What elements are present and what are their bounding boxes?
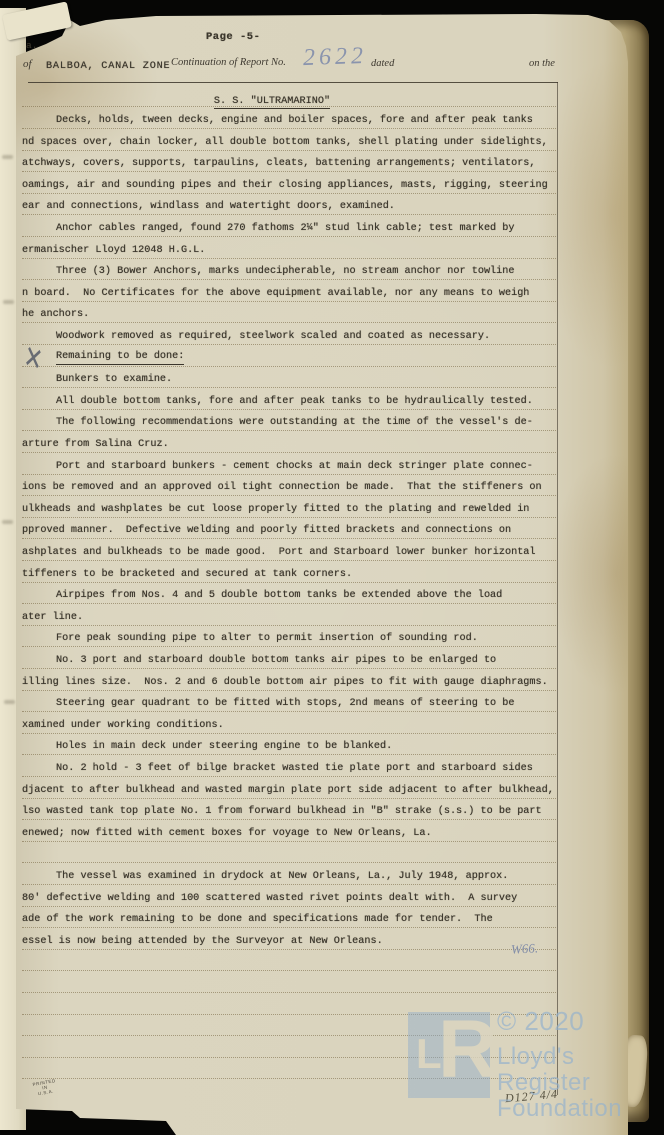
- typed-text: [22, 978, 28, 991]
- page-number: Page -5-: [206, 31, 260, 43]
- typed-text: Remaining to be done:: [56, 350, 184, 365]
- blank-ruled-line: [22, 970, 556, 993]
- typed-line: All double bottom tanks, fore and after …: [22, 387, 556, 410]
- typed-text: he anchors.: [22, 308, 89, 321]
- typed-text: enewed; now fitted with cement boxes for…: [22, 827, 432, 840]
- typed-line: Woodwork removed as required, steelwork …: [22, 322, 556, 345]
- typed-text: [22, 956, 28, 969]
- typed-line: ashplates and bulkheads to be made good.…: [22, 538, 556, 561]
- handwritten-initials: W66.: [511, 940, 539, 957]
- typed-line: illing lines size. Nos. 2 and 6 double b…: [22, 668, 556, 691]
- blank-ruled-line: [22, 949, 556, 972]
- typed-line: The following recommendations were outst…: [22, 409, 556, 432]
- typed-line: Remaining to be done:: [22, 344, 556, 367]
- typed-line: Holes in main deck under steering engine…: [22, 733, 556, 756]
- typed-line: he anchors.: [22, 301, 556, 324]
- typed-line: djacent to after bulkhead and wasted mar…: [22, 776, 556, 799]
- typed-line: ade of the work remaining to be done and…: [22, 906, 556, 929]
- typed-text: djacent to after bulkhead and wasted mar…: [22, 784, 554, 797]
- typed-line: xamined under working conditions.: [22, 711, 556, 734]
- vessel-title-row: S. S. "ULTRAMARINO": [22, 90, 522, 108]
- typed-line: Port and starboard bunkers - cement choc…: [22, 452, 556, 475]
- typed-line: lso wasted tank top plate No. 1 from for…: [22, 798, 556, 821]
- typed-text: Airpipes from Nos. 4 and 5 double bottom…: [56, 589, 502, 602]
- typed-text: nd spaces over, chain locker, all double…: [22, 136, 548, 149]
- dated-label: dated: [371, 58, 394, 69]
- typed-line: Fore peak sounding pipe to alter to perm…: [22, 625, 556, 648]
- typed-text: Bunkers to examine.: [56, 373, 172, 386]
- typed-line: Decks, holds, tween decks, engine and bo…: [22, 106, 556, 129]
- typed-text: atchways, covers, supports, tarpaulins, …: [22, 157, 536, 170]
- typed-text: [22, 848, 28, 861]
- typed-text: Fore peak sounding pipe to alter to perm…: [56, 632, 478, 645]
- typed-line: Airpipes from Nos. 4 and 5 double bottom…: [22, 582, 556, 605]
- typed-text: tiffeners to be bracketed and secured at…: [22, 568, 352, 581]
- typed-line: Bunkers to examine.: [22, 366, 556, 389]
- typed-line: essel is now being attended by the Surve…: [22, 927, 556, 950]
- typed-text: arture from Salina Cruz.: [22, 438, 169, 451]
- typed-line: atchways, covers, supports, tarpaulins, …: [22, 150, 556, 173]
- typed-line: ater line.: [22, 603, 556, 626]
- typed-text: Three (3) Bower Anchors, marks undeciphe…: [56, 265, 515, 278]
- typed-line: ermanischer Lloyd 12048 H.G.L.: [22, 236, 556, 259]
- watermark-owner-line1: Lloyd's Register: [497, 1044, 664, 1096]
- printer-stamp: PRINTED IN U.S.A.: [27, 1077, 63, 1098]
- typed-text: No. 2 hold - 3 feet of bilge bracket was…: [56, 762, 533, 775]
- typed-text: ulkheads and washplates be cut loose pro…: [22, 503, 529, 516]
- typed-line: pproved manner. Defective welding and po…: [22, 517, 556, 540]
- typed-text: Holes in main deck under steering engine…: [56, 740, 392, 753]
- typed-line: ear and connections, windlass and watert…: [22, 193, 556, 216]
- typed-text: All double bottom tanks, fore and after …: [56, 395, 533, 408]
- typed-line: Steering gear quadrant to be fitted with…: [22, 690, 556, 713]
- typed-text: [22, 1021, 28, 1034]
- typed-text: n board. No Certificates for the above e…: [22, 287, 529, 300]
- typed-text: The vessel was examined in drydock at Ne…: [56, 870, 508, 883]
- logo-letter-r: R: [438, 1006, 497, 1094]
- margin-fragment: a.: [26, 40, 37, 51]
- scanned-report-page: a. of Page -5- BALBOA, CANAL ZONE Contin…: [0, 0, 664, 1135]
- handwritten-report-number: 2622: [303, 43, 368, 72]
- right-margin-rule: [557, 82, 558, 1095]
- typed-text: illing lines size. Nos. 2 and 6 double b…: [22, 676, 548, 689]
- continuation-label: Continuation of Report No.: [171, 57, 286, 68]
- typed-line: arture from Salina Cruz.: [22, 430, 556, 453]
- lloyds-register-logo: L R: [408, 1012, 490, 1098]
- typed-line: nd spaces over, chain locker, all double…: [22, 128, 556, 151]
- location-line: BALBOA, CANAL ZONE: [46, 61, 170, 72]
- typed-text: Steering gear quadrant to be fitted with…: [56, 697, 515, 710]
- typed-line: tiffeners to be bracketed and secured at…: [22, 560, 556, 583]
- typed-line: n board. No Certificates for the above e…: [22, 279, 556, 302]
- typed-text: ermanischer Lloyd 12048 H.G.L.: [22, 244, 205, 257]
- typed-line: Three (3) Bower Anchors, marks undeciphe…: [22, 258, 556, 281]
- typed-text: Decks, holds, tween decks, engine and bo…: [56, 114, 533, 127]
- header-rule: [28, 82, 558, 83]
- watermark-copyright: © 2020: [497, 1006, 584, 1037]
- typed-text: ear and connections, windlass and watert…: [22, 200, 395, 213]
- typed-text: No. 3 port and starboard double bottom t…: [56, 654, 496, 667]
- typed-text: ater line.: [22, 611, 83, 624]
- typed-text: essel is now being attended by the Surve…: [22, 935, 383, 948]
- typed-line: oamings, air and sounding pipes and thei…: [22, 171, 556, 194]
- typed-line: ions be removed and an approved oil tigh…: [22, 474, 556, 497]
- typed-text: pproved manner. Defective welding and po…: [22, 524, 511, 537]
- typed-line: Anchor cables ranged, found 270 fathoms …: [22, 214, 556, 237]
- typed-text: [22, 1043, 28, 1056]
- typed-line: enewed; now fitted with cement boxes for…: [22, 819, 556, 842]
- typed-text: xamined under working conditions.: [22, 719, 224, 732]
- typed-text: [22, 1000, 28, 1013]
- typed-text: [22, 1064, 28, 1077]
- typed-text: ions be removed and an approved oil tigh…: [22, 481, 542, 494]
- typed-text: Anchor cables ranged, found 270 fathoms …: [56, 222, 515, 235]
- typed-line: No. 2 hold - 3 feet of bilge bracket was…: [22, 754, 556, 777]
- typed-text: ade of the work remaining to be done and…: [22, 913, 493, 926]
- typed-line: The vessel was examined in drydock at Ne…: [22, 862, 556, 885]
- typed-text: 80' defective welding and 100 scattered …: [22, 892, 517, 905]
- watermark-owner-line2: Foundation: [497, 1096, 664, 1122]
- typed-text: Woodwork removed as required, steelwork …: [56, 330, 490, 343]
- typed-text: ashplates and bulkheads to be made good.…: [22, 546, 536, 559]
- typed-line: No. 3 port and starboard double bottom t…: [22, 646, 556, 669]
- on-the-label: on the: [529, 58, 555, 69]
- typed-line: ulkheads and washplates be cut loose pro…: [22, 495, 556, 518]
- margin-fragment-of: of: [23, 58, 32, 70]
- typed-text: oamings, air and sounding pipes and thei…: [22, 179, 548, 192]
- typed-text: Port and starboard bunkers - cement choc…: [56, 460, 533, 473]
- typed-line: 80' defective welding and 100 scattered …: [22, 884, 556, 907]
- page-content: a. of Page -5- BALBOA, CANAL ZONE Contin…: [0, 0, 664, 1135]
- blank-ruled-line: [22, 841, 556, 864]
- typed-text: The following recommendations were outst…: [56, 416, 533, 429]
- watermark-owner: Lloyd's Register Foundation: [497, 1044, 664, 1122]
- typed-text: lso wasted tank top plate No. 1 from for…: [22, 805, 542, 818]
